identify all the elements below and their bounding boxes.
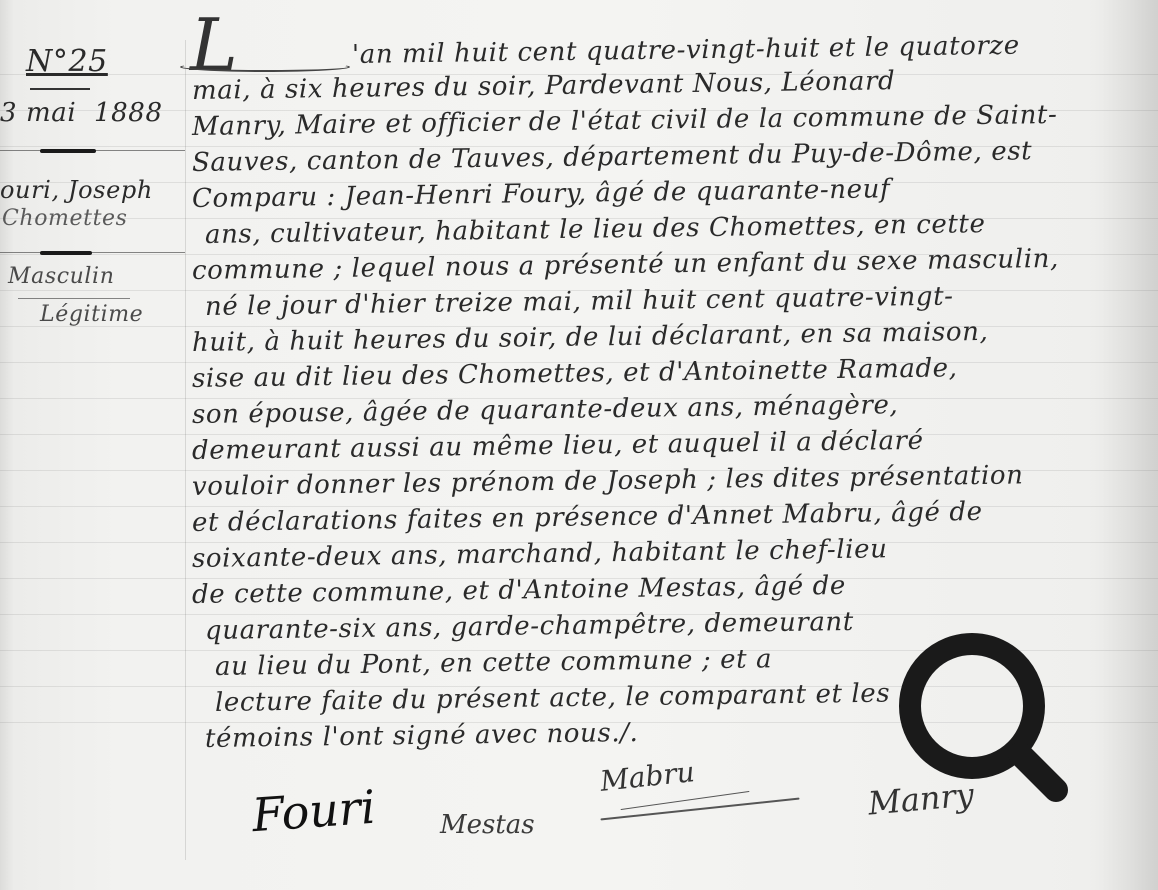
- margin-rule: [185, 40, 186, 860]
- body-line: ans, cultivateur, habitant le lieu des C…: [205, 209, 986, 250]
- body-line: témoins l'ont signé avec nous./.: [205, 718, 639, 754]
- margin-date: 3 mai 1888: [0, 98, 163, 128]
- initial-letter-swash: [180, 62, 350, 72]
- margin-place: Chomettes: [2, 206, 128, 231]
- body-line: huit, à huit heures du soir, de lui décl…: [192, 317, 989, 358]
- body-line: vouloir donner les prénom de Joseph ; le…: [192, 460, 1024, 502]
- body-line: soixante-deux ans, marchand, habitant le…: [192, 534, 888, 574]
- search-icon[interactable]: [898, 632, 1074, 808]
- body-line: au lieu du Pont, en cette commune ; et a: [215, 644, 773, 682]
- signature-flourish: [600, 798, 799, 821]
- body-line: né le jour d'hier treize mai, mil huit c…: [205, 282, 954, 322]
- body-line: Sauves, canton de Tauves, département du…: [192, 136, 1033, 178]
- page-edge-shadow: [1088, 0, 1158, 890]
- margin-separator-bar: [40, 149, 96, 153]
- margin-sex: Masculin: [8, 264, 114, 289]
- entry-number: N°25: [26, 44, 108, 79]
- margin-separator-bar: [40, 251, 92, 255]
- signature-father: Fouri: [250, 780, 377, 842]
- signature-witness-mabru: Mabru: [599, 755, 697, 798]
- body-line: Manry, Maire et officier de l'état civil…: [192, 100, 1058, 142]
- body-line: demeurant aussi au même lieu, et auquel …: [192, 426, 924, 466]
- body-line: son épouse, âgée de quarante-deux ans, m…: [192, 390, 899, 430]
- body-line: commune ; lequel nous a présenté un enfa…: [192, 244, 1059, 286]
- body-line: 'an mil huit cent quatre-vingt-huit et l…: [352, 31, 1020, 70]
- signature-witness-mestas: Mestas: [440, 810, 535, 840]
- body-line: de cette commune, et d'Antoine Mestas, â…: [192, 571, 846, 610]
- body-line: et déclarations faites en présence d'Ann…: [192, 497, 983, 538]
- margin-child-name: ouri, Joseph: [0, 176, 153, 204]
- body-line: lecture faite du présent acte, le compar…: [215, 679, 891, 718]
- body-line: Comparu : Jean-Henri Foury, âgé de quara…: [192, 174, 891, 214]
- body-line: sise au dit lieu des Chomettes, et d'Ant…: [192, 353, 958, 394]
- margin-status: Légitime: [40, 302, 143, 327]
- document-page: N°25 3 mai 1888 ouri, Joseph Chomettes M…: [0, 0, 1158, 890]
- body-line: quarante-six ans, garde-champêtre, demeu…: [205, 607, 854, 646]
